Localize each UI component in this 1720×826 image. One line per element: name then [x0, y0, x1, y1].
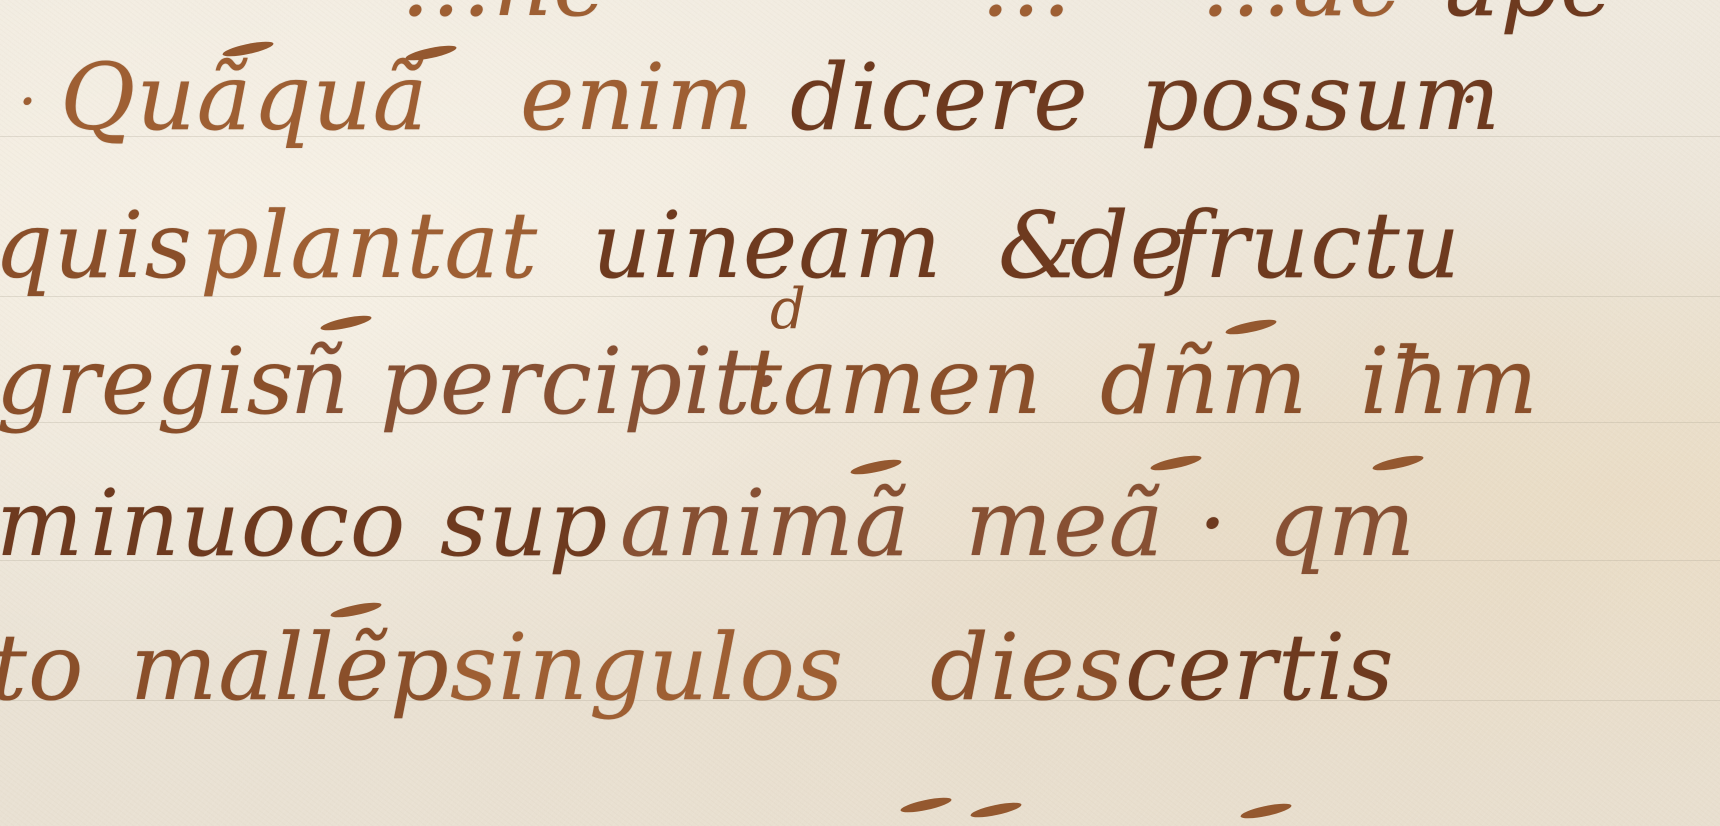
word: inuoco [90, 478, 406, 570]
word: upe [1440, 0, 1616, 30]
word: quis [0, 200, 193, 292]
word: to [0, 622, 84, 714]
punctus: · [1460, 70, 1480, 130]
ampersand: & [998, 200, 1081, 292]
word: dies [930, 622, 1124, 714]
abbreviation-mark [1150, 453, 1203, 474]
word: certis [1125, 622, 1395, 714]
abbreviation-mark [970, 800, 1023, 821]
word: gregis [0, 336, 295, 428]
word: qm [1268, 478, 1416, 570]
word: …ac [1200, 0, 1401, 30]
word: enim [520, 52, 754, 144]
word: p [390, 622, 450, 714]
abbreviation-mark [1240, 801, 1293, 822]
word: percipit· [380, 336, 782, 428]
word: iħm [1360, 336, 1539, 428]
word: sup [440, 478, 608, 570]
word: animã [620, 478, 911, 570]
word: … [980, 0, 1073, 30]
word: fructu [1170, 200, 1461, 292]
word: uineam [592, 200, 942, 292]
punctus: · [1198, 478, 1228, 570]
manuscript-page: …ne … …ac upe · Quãquã enim dicere possu… [0, 0, 1720, 826]
word: Quãquã [60, 52, 429, 144]
word: singulos [450, 622, 844, 714]
word: dicere [790, 52, 1089, 144]
word: tamen [745, 336, 1043, 428]
abbreviation-mark [900, 795, 953, 816]
word: m [0, 478, 84, 570]
word: possum [1140, 52, 1501, 144]
word: dñm [1100, 336, 1308, 428]
word: de [1070, 200, 1185, 292]
word: meã [965, 478, 1165, 570]
marginal-punctus: · [18, 72, 38, 132]
word: mallẽ [130, 622, 390, 714]
word: plantat [200, 200, 538, 292]
word: …ne [400, 0, 609, 30]
word: ñ [290, 336, 350, 428]
